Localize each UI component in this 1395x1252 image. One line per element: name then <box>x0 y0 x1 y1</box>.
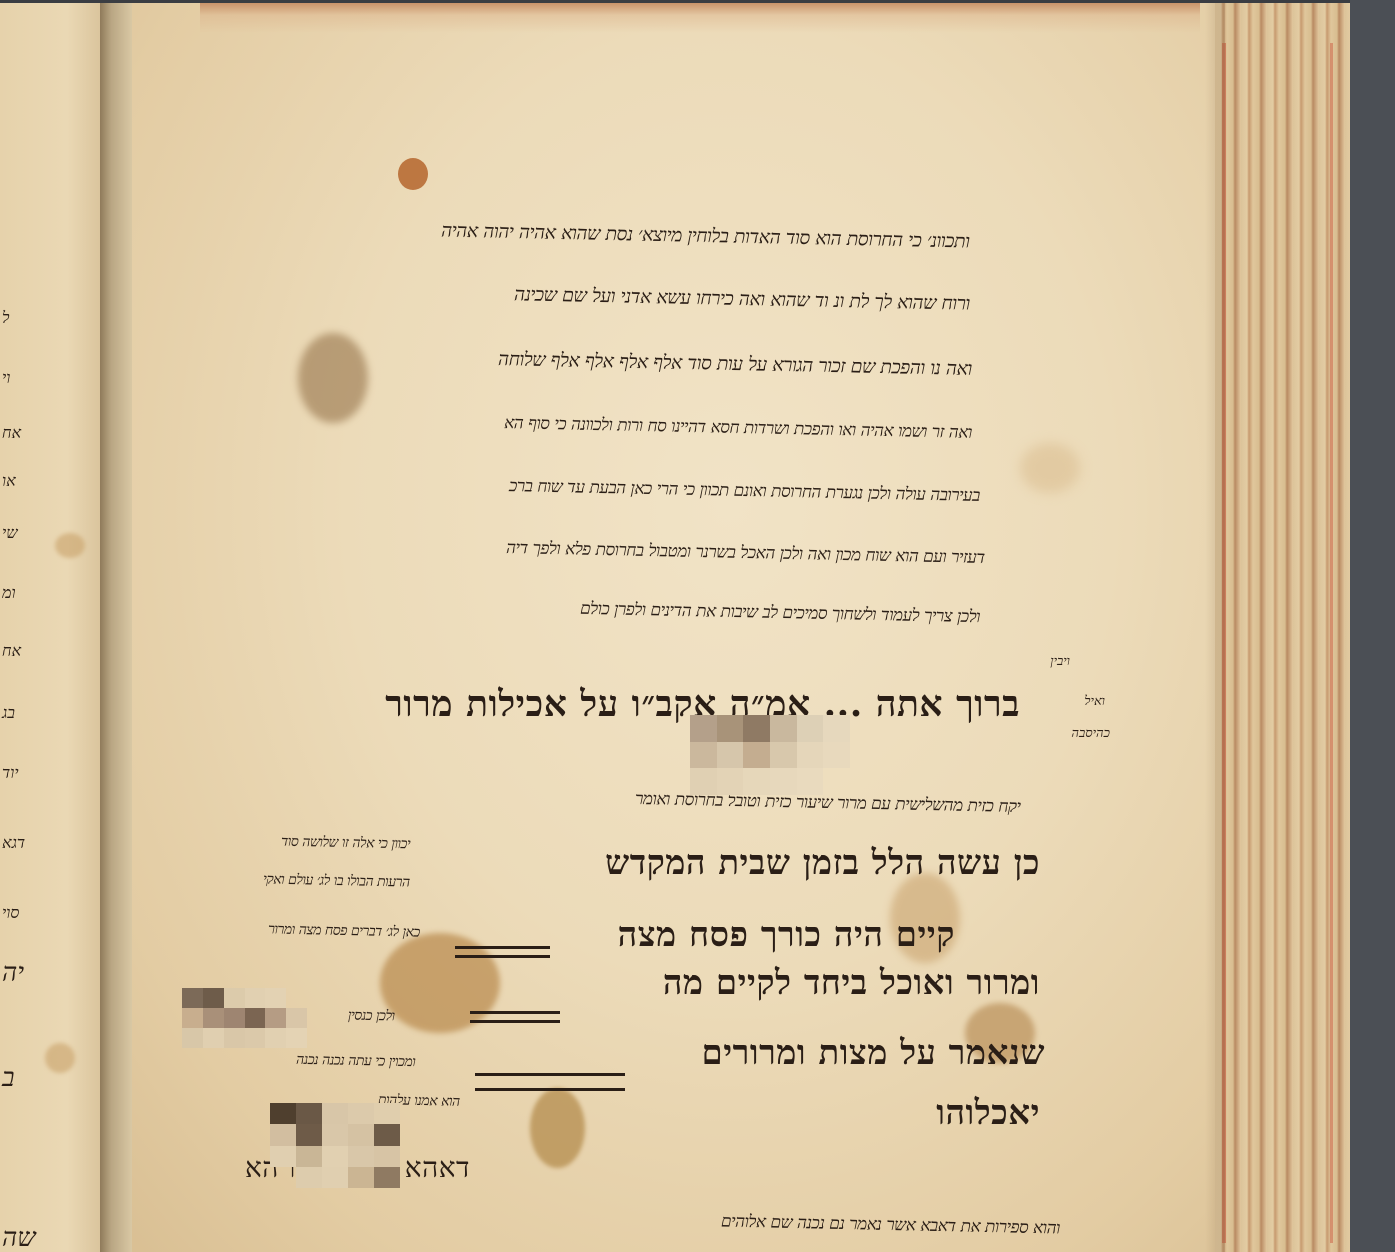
stain <box>530 1088 585 1168</box>
margin-note: ואיל <box>1084 693 1105 709</box>
left-page-text: וי <box>2 368 10 388</box>
commentary-line: כאן לג׳ דברים פסח מצה ומרור <box>268 921 420 941</box>
main-text-line: כן עשה הלל בזמן שבית המקדש <box>605 843 1040 883</box>
stain <box>45 1043 75 1073</box>
main-text-line: קיים היה כורך פסח מצה <box>618 915 955 955</box>
manuscript-photo: ל וי אח או שי ומ אח בג יוד דגא סוי יה ב … <box>0 3 1350 1252</box>
main-text-line: ומרור ואוכל ביחד לקיים מה <box>663 963 1040 1003</box>
line-filler <box>470 1011 560 1023</box>
commentary-line: ולכן כנסין <box>348 1008 395 1026</box>
main-text-line: שנאמר על מצות ומרורים <box>702 1033 1045 1073</box>
left-page-text: או <box>2 471 16 491</box>
commentary-line: ומכוין כי עתה נכנה נכנה <box>296 1052 416 1071</box>
redaction-block <box>690 715 850 795</box>
stain <box>55 533 85 558</box>
book-gutter <box>100 3 132 1252</box>
margin-note: ויבין <box>1050 653 1070 669</box>
left-page-text: בג <box>2 703 15 723</box>
left-page-text: סוי <box>2 903 19 923</box>
right-page <box>125 3 1225 1252</box>
left-page-text: ל <box>2 308 9 328</box>
left-page-text: ומ <box>2 583 16 603</box>
stain <box>298 333 368 423</box>
left-page-text: אח <box>2 423 21 443</box>
stain <box>1020 443 1080 493</box>
red-edge-line <box>1330 43 1333 1243</box>
redaction-block <box>182 988 307 1048</box>
main-text-line: יאכלוהו <box>936 1093 1040 1133</box>
left-page-text: דגא <box>2 833 25 853</box>
commentary-line: הרעות הבולו בו לג׳ עולם ואקי <box>263 871 410 891</box>
margin-note: כהיסבה <box>1071 725 1110 741</box>
left-page-text: יה <box>2 958 24 988</box>
page-top-edge <box>200 3 1200 33</box>
left-page-text: שה <box>2 1223 36 1252</box>
commentary-line: יכוון כי אלה זו שלושה סוד <box>281 834 410 854</box>
redaction-block <box>270 1103 400 1188</box>
left-page-text: ב <box>2 1063 15 1093</box>
left-page-text: אח <box>2 641 21 661</box>
stain <box>398 158 428 190</box>
line-filler <box>475 1073 625 1091</box>
edge-shadow <box>1205 3 1225 1252</box>
line-filler <box>455 946 550 958</box>
left-page-text: שי <box>2 523 18 543</box>
left-page-text: יוד <box>2 763 19 783</box>
